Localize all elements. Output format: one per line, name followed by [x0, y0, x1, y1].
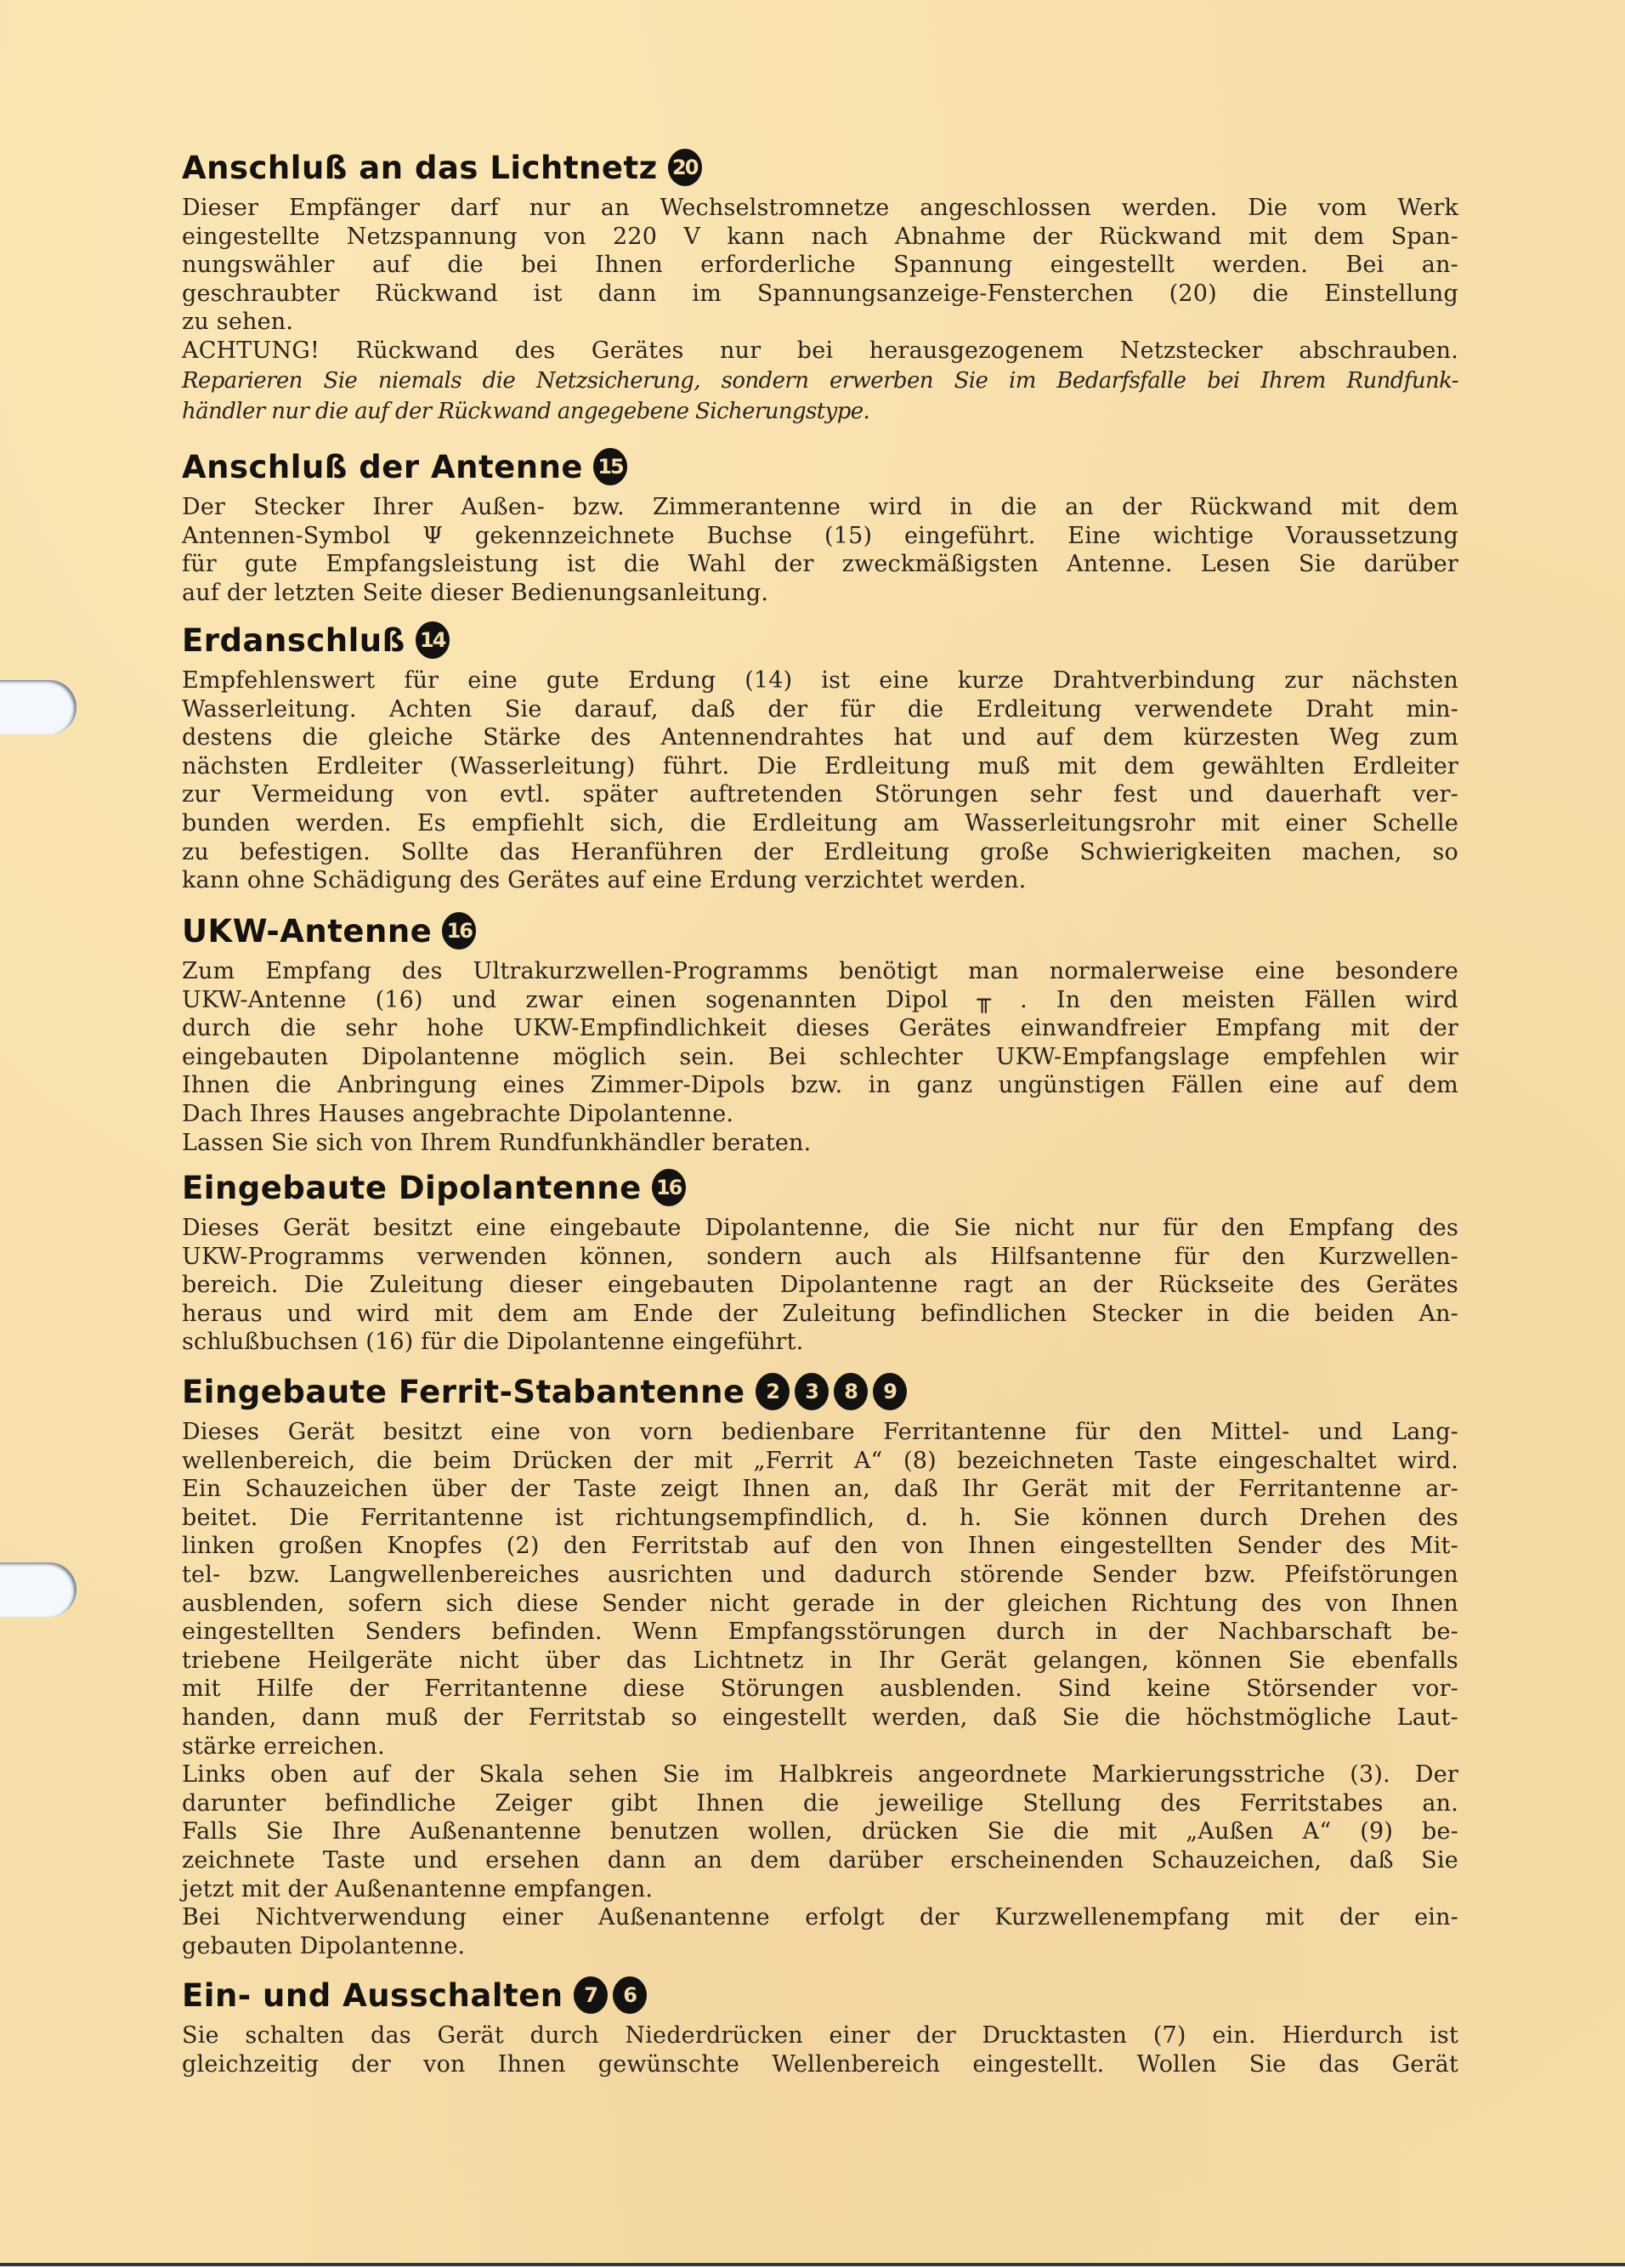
text-line: jetzt mit der Außenantenne empfangen.: [182, 1875, 1458, 1904]
text-line: bunden werden. Es empfiehlt sich, die Er…: [182, 809, 1458, 838]
reference-badges: 16: [652, 1169, 686, 1206]
section-heading: Eingebaute Dipolantenne 16: [182, 1166, 1457, 1209]
reference-badges: 15: [593, 448, 627, 485]
section-dipolantenne: Eingebaute Dipolantenne 16 Dieses Gerät …: [182, 1166, 1457, 1357]
heading-text: Erdanschluß: [182, 622, 405, 659]
text-line: Dach Ihres Hauses angebrachte Dipolanten…: [182, 1100, 1458, 1129]
reference-number-badge: 9: [873, 1373, 907, 1410]
section-heading: Erdanschluß 14: [182, 619, 1457, 661]
text-line: geschraubter Rückwand ist dann im Spannu…: [182, 280, 1458, 309]
text-line: Wasserleitung. Achten Sie darauf, daß de…: [182, 695, 1458, 724]
text-line: Links oben auf der Skala sehen Sie im Ha…: [182, 1761, 1458, 1789]
text-line: händler nur die auf der Rückwand angegeb…: [182, 396, 1458, 427]
section-heading: Eingebaute Ferrit-Stabantenne 2389: [182, 1370, 1457, 1413]
text-line: Falls Sie Ihre Außenantenne benutzen wol…: [182, 1817, 1458, 1846]
section-heading: Ein- und Ausschalten 76: [182, 1974, 1457, 2016]
text-line: nächsten Erdleiter (Wasserleitung) führt…: [182, 752, 1458, 781]
text-line: Empfehlenswert für eine gute Erdung (14)…: [182, 666, 1458, 695]
text-line: Dieses Gerät besitzt eine von vorn bedie…: [182, 1418, 1458, 1447]
section-ukw-antenne: UKW-Antenne 16 Zum Empfang des Ultrakurz…: [182, 910, 1457, 1157]
text-line: bereich. Die Zuleitung dieser eingebaute…: [182, 1271, 1458, 1300]
text-line: Reparieren Sie niemals die Netzsicherung…: [182, 366, 1458, 396]
reference-badges: 14: [416, 621, 450, 659]
text-line: Antennen-Symbol Ψ gekennzeichnete Buchse…: [182, 522, 1458, 551]
text-line: eingestellte Netzspannung von 220 V kann…: [182, 223, 1458, 252]
reference-number-badge: 20: [668, 149, 702, 186]
text-line: darunter befindliche Zeiger gibt Ihnen d…: [182, 1789, 1458, 1818]
section-ferrit-stabantenne: Eingebaute Ferrit-Stabantenne 2389 Diese…: [182, 1370, 1457, 1960]
reference-badges: 20: [668, 149, 702, 186]
text-line: Ein Schauzeichen über der Taste zeigt Ih…: [182, 1475, 1458, 1504]
section-heading: Anschluß der Antenne 15: [182, 445, 1457, 488]
section-body: Empfehlenswert für eine gute Erdung (14)…: [182, 666, 1457, 895]
text-line: gebauten Dipolantenne.: [182, 1932, 1458, 1961]
text-line: Dieser Empfänger darf nur an Wechselstro…: [182, 194, 1458, 223]
section-body: Der Stecker Ihrer Außen- bzw. Zimmerante…: [182, 493, 1457, 607]
punch-hole: [0, 1562, 76, 1617]
section-lichtnetz: Anschluß an das Lichtnetz 20 Dieser Empf…: [182, 146, 1457, 427]
text-line: UKW-Programms verwenden können, sondern …: [182, 1243, 1458, 1272]
section-body: Sie schalten das Gerät durch Niederdrück…: [182, 2021, 1457, 2078]
punch-hole: [0, 680, 76, 734]
text-line: eingestellten Senders befinden. Wenn Emp…: [182, 1618, 1458, 1647]
heading-text: Eingebaute Ferrit-Stabantenne: [182, 1374, 745, 1410]
reference-number-badge: 16: [442, 912, 476, 950]
text-line: handen, dann muß der Ferritstab so einge…: [182, 1704, 1458, 1732]
reference-number-badge: 8: [834, 1373, 868, 1410]
text-line: heraus und wird mit dem am Ende der Zule…: [182, 1300, 1458, 1329]
reference-number-badge: 6: [613, 1976, 647, 2014]
reference-badges: 16: [442, 912, 476, 950]
text-line: zur Vermeidung von evtl. später auftrete…: [182, 780, 1458, 809]
text-line: ACHTUNG! Rückwand des Gerätes nur bei he…: [182, 337, 1458, 366]
text-line: stärke erreichen.: [182, 1732, 1458, 1761]
text-line: Zum Empfang des Ultrakurzwellen-Programm…: [182, 957, 1458, 986]
text-line: beitet. Die Ferritantenne ist richtungse…: [182, 1504, 1458, 1533]
heading-text: Ein- und Ausschalten: [182, 1977, 563, 2014]
text-line: zu sehen.: [182, 308, 1458, 337]
text-line: Der Stecker Ihrer Außen- bzw. Zimmerante…: [182, 493, 1458, 522]
text-line: auf der letzten Seite dieser Bedienungsa…: [182, 579, 1458, 608]
heading-text: UKW-Antenne: [182, 913, 432, 950]
text-line: kann ohne Schädigung des Gerätes auf ein…: [182, 866, 1458, 895]
text-line: destens die gleiche Stärke des Antennend…: [182, 723, 1458, 752]
section-body: Zum Empfang des Ultrakurzwellen-Programm…: [182, 957, 1457, 1157]
text-line: linken großen Knopfes (2) den Ferritstab…: [182, 1532, 1458, 1561]
text-line: wellenbereich, die beim Drücken der mit …: [182, 1447, 1458, 1476]
reference-badges: 76: [574, 1976, 647, 2014]
manual-page: Anschluß an das Lichtnetz 20 Dieser Empf…: [0, 0, 1625, 2266]
text-line: durch die sehr hohe UKW-Empfindlichkeit …: [182, 1014, 1458, 1043]
reference-number-badge: 15: [593, 448, 627, 485]
text-line: für gute Empfangsleistung ist die Wahl d…: [182, 550, 1458, 579]
reference-number-badge: 2: [756, 1373, 790, 1410]
reference-number-badge: 14: [416, 621, 450, 659]
text-line: mit Hilfe der Ferritantenne diese Störun…: [182, 1675, 1458, 1704]
section-body: Dieses Gerät besitzt eine von vorn bedie…: [182, 1418, 1457, 1960]
heading-text: Anschluß an das Lichtnetz: [182, 150, 658, 186]
section-body: Dieser Empfänger darf nur an Wechselstro…: [182, 194, 1457, 427]
section-ein-ausschalten: Ein- und Ausschalten 76 Sie schalten das…: [182, 1974, 1457, 2078]
text-line: Bei Nichtverwendung einer Außenantenne e…: [182, 1903, 1458, 1932]
text-line: Ihnen die Anbringung eines Zimmer-Dipols…: [182, 1071, 1458, 1100]
text-line: ausblenden, sofern sich diese Sender nic…: [182, 1590, 1458, 1619]
text-line: Sie schalten das Gerät durch Niederdrück…: [182, 2021, 1458, 2050]
text-line: gleichzeitig der von Ihnen gewünschte We…: [182, 2050, 1458, 2079]
text-line: zeichnete Taste und ersehen dann an dem …: [182, 1846, 1458, 1875]
section-heading: Anschluß an das Lichtnetz 20: [182, 146, 1457, 189]
reference-number-badge: 7: [574, 1976, 608, 2014]
text-line: UKW-Antenne (16) und zwar einen sogenann…: [182, 986, 1458, 1015]
text-line: zu befestigen. Sollte das Heranführen de…: [182, 838, 1458, 867]
section-heading: UKW-Antenne 16: [182, 910, 1457, 952]
text-line: Lassen Sie sich von Ihrem Rundfunkhändle…: [182, 1129, 1458, 1158]
text-line: eingebauten Dipolantenne möglich sein. B…: [182, 1043, 1458, 1072]
heading-text: Anschluß der Antenne: [182, 449, 583, 485]
text-line: triebene Heilgeräte nicht über das Licht…: [182, 1647, 1458, 1675]
text-line: nungswähler auf die bei Ihnen erforderli…: [182, 251, 1458, 280]
heading-text: Eingebaute Dipolantenne: [182, 1170, 642, 1206]
section-erdanschluss: Erdanschluß 14 Empfehlenswert für eine g…: [182, 619, 1457, 895]
text-line: Dieses Gerät besitzt eine eingebaute Dip…: [182, 1214, 1458, 1243]
reference-number-badge: 3: [795, 1373, 829, 1410]
reference-number-badge: 16: [652, 1169, 686, 1206]
section-antenne: Anschluß der Antenne 15 Der Stecker Ihre…: [182, 445, 1457, 607]
reference-badges: 2389: [756, 1373, 907, 1410]
text-line: tel- bzw. Langwellenbereiches ausrichten…: [182, 1561, 1458, 1590]
text-line: schlußbuchsen (16) für die Dipolantenne …: [182, 1328, 1458, 1357]
section-body: Dieses Gerät besitzt eine eingebaute Dip…: [182, 1214, 1457, 1357]
